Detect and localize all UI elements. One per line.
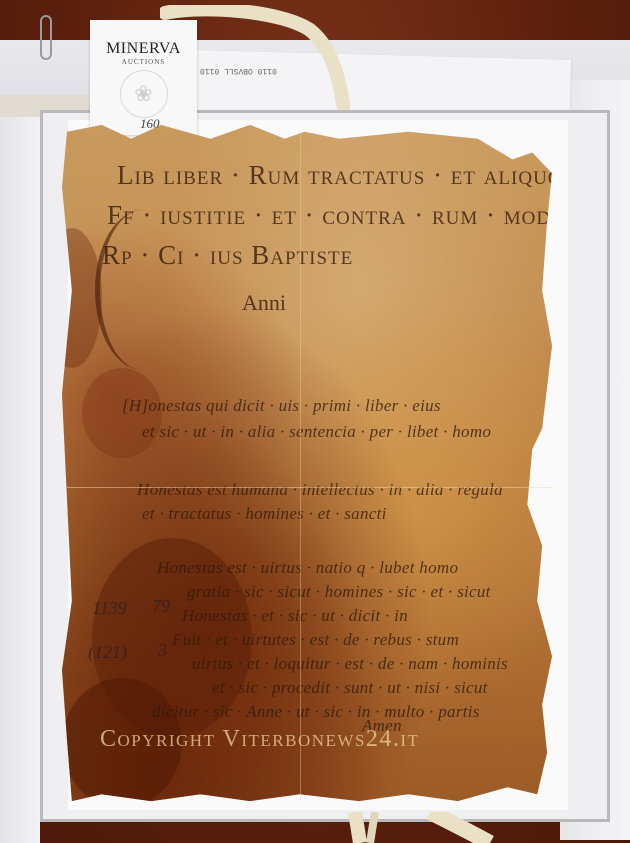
manuscript-body-line: et sic · ut · in · alia · sentencia · pe…: [142, 422, 491, 442]
paper-clip-icon: [40, 15, 52, 60]
pencil-note: 1139: [92, 598, 127, 619]
manuscript-body-line: Fuit · et · uirtutes · est · de · rebus …: [172, 630, 459, 650]
auction-subtitle: AUCTIONS: [90, 58, 197, 66]
manuscript-body-line: Honestas est humana · intellectus · in ·…: [137, 480, 503, 500]
manuscript-body-line: et · tractatus · homines · et · sancti: [142, 504, 387, 524]
fold-crease-horizontal: [62, 487, 552, 488]
manuscript-body-line: Honestas est · uirtus · natio q · lubet …: [157, 558, 458, 578]
auction-brand: MINERVA: [90, 40, 197, 58]
manuscript-body-line: et · sic · procedit · sunt · ut · nisi ·…: [212, 678, 488, 698]
copyright-watermark: Copyright Viterbonews24.it: [100, 726, 419, 753]
manuscript-body-line: gratia · sic · sicut · homines · sic · e…: [187, 582, 491, 602]
manuscript-title-line: Lib liber · Rum tractatus · et aliquorum: [117, 160, 609, 191]
pencil-note: 3: [158, 640, 167, 661]
manuscript-title-line: Anni: [242, 290, 286, 316]
pencil-note: 79: [152, 596, 170, 617]
fold-crease-vertical: [300, 130, 301, 800]
owl-crest-icon: ❀: [120, 70, 168, 118]
ribbon-tie-bottom: [340, 812, 520, 843]
manuscript-body-line: uirtus · et · loquitur · est · de · nam …: [192, 654, 508, 674]
folder-left-flap: [0, 95, 40, 843]
manuscript-body-line: Honestas · et · sic · ut · dicit · in: [182, 606, 408, 626]
manuscript-body-line: dicitur · sic · Anne · ut · sic · in · m…: [152, 702, 480, 722]
manuscript-body-line: [H]onestas qui dicit · uis · primi · lib…: [122, 396, 441, 416]
pencil-note: (121): [88, 642, 127, 663]
initial-flourish: [95, 210, 190, 370]
folder-number: 160: [140, 116, 160, 132]
